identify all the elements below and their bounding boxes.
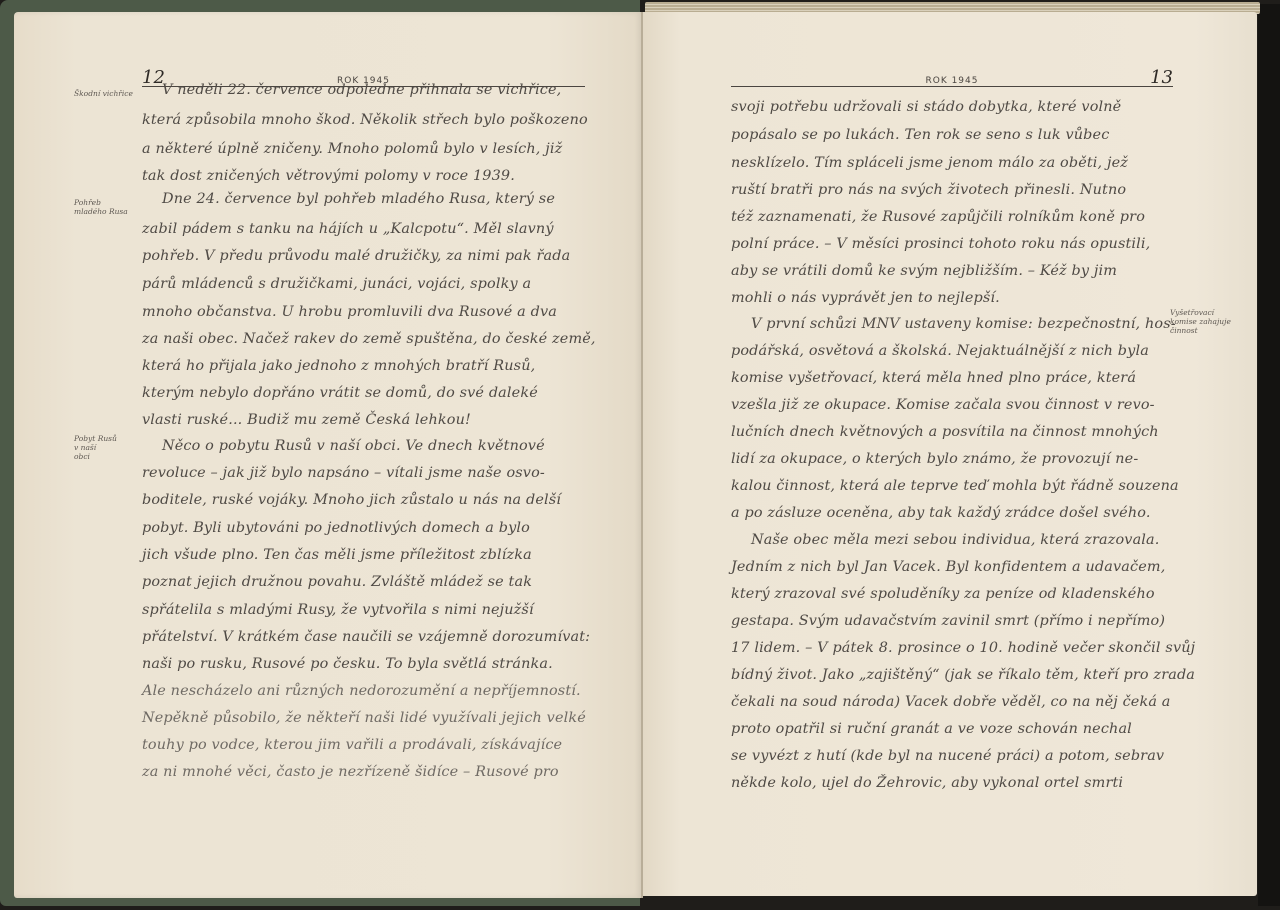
text-line: někde kolo, ujel do Žehrovic, aby vykona… bbox=[731, 775, 1123, 791]
text-line: nesklízelo. Tím spláceli jsme jenom málo… bbox=[731, 155, 1128, 171]
text-line: který zrazoval své spoluděníky za peníze… bbox=[731, 586, 1155, 602]
text-line: podářská, osvětová a školská. Nejaktuáln… bbox=[731, 343, 1149, 359]
text-line: zabil pádem s tanku na hájích u „Kalcpot… bbox=[142, 221, 554, 237]
text-line: bídný život. Jako „zajištěný“ (jak se ří… bbox=[731, 667, 1195, 683]
text-line: aby se vrátili domů ke svým nejbližším. … bbox=[731, 263, 1117, 279]
text-line: Naše obec měla mezi sebou individua, kte… bbox=[731, 532, 1160, 548]
text-line: proto opatřil si ruční granát a ve voze … bbox=[731, 721, 1132, 737]
text-line: spřátelila s mladými Rusy, že vytvořila … bbox=[142, 602, 534, 618]
text-line: vzešla již ze okupace. Komise začala svo… bbox=[731, 397, 1155, 413]
text-line: touhy po vodce, kterou jim vařili a prod… bbox=[142, 737, 562, 753]
text-line: komise vyšetřovací, která měla hned plno… bbox=[731, 370, 1136, 386]
text-line: lidí za okupace, o kterých bylo známo, ž… bbox=[731, 451, 1138, 467]
margin-note: Vyšetřovací komise zahajuje činnost bbox=[1170, 308, 1231, 335]
text-line: pohřeb. V předu průvodu malé družičky, z… bbox=[142, 248, 570, 264]
text-line: Nepěkně působilo, že někteří naši lidé v… bbox=[142, 710, 586, 726]
text-line: naši po rusku, Rusové po česku. To byla … bbox=[142, 656, 553, 672]
text-line: též zaznamenati, že Rusové zapůjčili rol… bbox=[731, 209, 1145, 225]
text-line: Něco o pobytu Rusů v naší obci. Ve dnech… bbox=[142, 438, 545, 454]
margin-note: Škodní vichřice bbox=[74, 89, 133, 98]
book-cover-right-edge bbox=[1258, 4, 1280, 906]
text-line: pobyt. Byli ubytováni po jednotlivých do… bbox=[142, 520, 530, 536]
text-line: vlasti ruské... Budiž mu země Česká lehk… bbox=[142, 412, 471, 428]
text-line: za naši obec. Načež rakev do země spuště… bbox=[142, 331, 596, 347]
text-line: se vyvézt z hutí (kde byl na nucené prác… bbox=[731, 748, 1164, 764]
text-line: lučních dnech květnových a posvítila na … bbox=[731, 424, 1159, 440]
text-line: mnoho občanstva. U hrobu promluvili dva … bbox=[142, 304, 557, 320]
text-line: čekali na soud národa) Vacek dobře věděl… bbox=[731, 694, 1171, 710]
text-line: boditele, ruské vojáky. Mnoho jich zůsta… bbox=[142, 492, 561, 508]
text-line: Dne 24. července byl pohřeb mladého Rusa… bbox=[142, 191, 555, 207]
text-line: V první schůzi MNV ustaveny komise: bezp… bbox=[731, 316, 1176, 332]
text-line: Ale nescházelo ani různých nedorozumění … bbox=[142, 683, 581, 699]
margin-note: Pohřeb mladého Rusa bbox=[74, 198, 128, 216]
text-line: přátelství. V krátkém čase naučili se vz… bbox=[142, 629, 590, 645]
text-line: jich všude plno. Ten čas měli jsme příle… bbox=[142, 547, 532, 563]
text-line: mohli o nás vyprávět jen to nejlepší. bbox=[731, 290, 1000, 306]
text-line: revoluce – jak již bylo napsáno – vítali… bbox=[142, 465, 545, 481]
text-line: kterým nebylo dopřáno vrátit se domů, do… bbox=[142, 385, 538, 401]
text-line: párů mládenců s družičkami, junáci, vojá… bbox=[142, 276, 531, 292]
margin-note: Pobyt Rusů v naší obci bbox=[74, 434, 117, 461]
right-page-header: ROK 1945 13 bbox=[731, 66, 1173, 87]
text-line: svoji potřebu udržovali si stádo dobytka… bbox=[731, 99, 1121, 115]
text-line: za ni mnohé věci, často je nezřízeně šid… bbox=[142, 764, 559, 780]
text-line: 17 lidem. – V pátek 8. prosince o 10. ho… bbox=[731, 640, 1195, 656]
text-line: popásalo se po lukách. Ten rok se seno s… bbox=[731, 127, 1109, 143]
text-line: která ho přijala jako jednoho z mnohých … bbox=[142, 358, 535, 374]
text-line: tak dost zničených větrovými polomy v ro… bbox=[142, 168, 515, 184]
text-line: V neděli 22. července odpoledne přihnala… bbox=[142, 82, 561, 98]
text-line: polní práce. – V měsíci prosinci tohoto … bbox=[731, 236, 1150, 252]
text-line: která způsobila mnoho škod. Několik stře… bbox=[142, 112, 588, 128]
text-line: gestapa. Svým udavačstvím zavinil smrt (… bbox=[731, 613, 1165, 629]
running-head: ROK 1945 bbox=[731, 76, 1173, 86]
right-page: ROK 1945 13 Vyšetřovací komise zahajuje … bbox=[643, 12, 1257, 896]
text-line: ruští bratři pro nás na svých životech p… bbox=[731, 182, 1126, 198]
text-line: Jedním z nich byl Jan Vacek. Byl konfide… bbox=[731, 559, 1165, 575]
left-page: 12 ROK 1945 Škodní vichřicePohřeb mladéh… bbox=[14, 12, 642, 898]
text-line: poznat jejich družnou povahu. Zvláště ml… bbox=[142, 574, 532, 590]
page-number: 13 bbox=[1150, 67, 1173, 88]
text-line: a některé úplně zničeny. Mnoho polomů by… bbox=[142, 141, 562, 157]
text-line: kalou činnost, která ale teprve teď mohl… bbox=[731, 478, 1179, 494]
text-line: a po zásluze oceněna, aby tak každý zrád… bbox=[731, 505, 1151, 521]
